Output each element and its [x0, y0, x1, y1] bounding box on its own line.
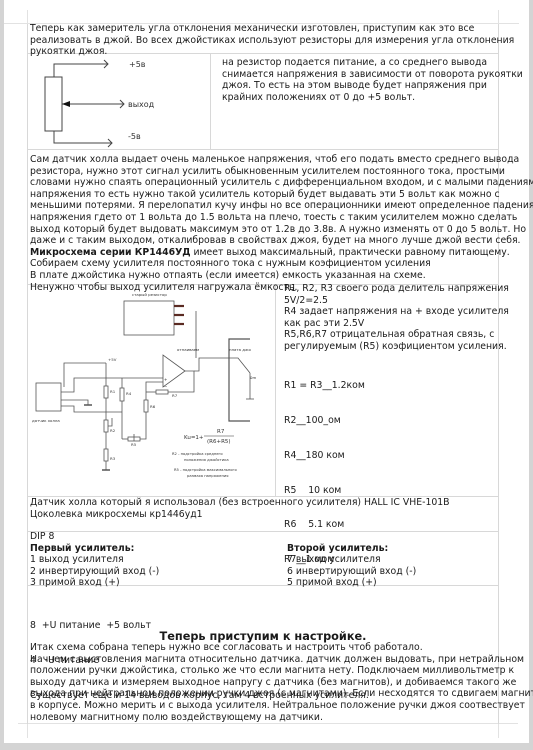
pin: 1 выход усилителя [30, 554, 159, 566]
setup-paragraph: Итак схема собрана теперь нужно все согл… [30, 642, 533, 723]
text-line: R1, R2, R3 своего рода делитель напряжен… [284, 283, 509, 295]
resistor-value: R2__100_ом [284, 415, 365, 427]
r7-label: R7 [172, 393, 178, 398]
wiper-arrow-icon [62, 101, 70, 107]
table-border-right [498, 24, 499, 724]
unsolder-label: отпаиваем [177, 347, 199, 352]
text-line: в корпусе. Можно мерить и с выхода усили… [30, 700, 533, 712]
margin-guide-left-bottom [27, 723, 28, 738]
second-amp-title: Второй усилитель: [287, 543, 416, 555]
text-line: выходу датчика и измеряем выходное напру… [30, 677, 533, 689]
sensor-model: Датчик холла который я использовал (без … [30, 497, 450, 509]
r4-label: R4 [126, 391, 132, 396]
text-line: регулируемым (R5) коэфициентом усиления. [284, 341, 509, 353]
amplifier-schematic: старый резистор отпаиваем плата джо 0m +… [24, 284, 276, 496]
resistor-value: R5 10 ком [284, 485, 365, 497]
text-line: выхода при нейтральном положении ручки д… [30, 688, 533, 700]
hall-sensor-paragraph: Сам датчик холла выдает очень маленькое … [30, 154, 533, 293]
text-line: словами нужно спаять операционный усилит… [30, 177, 533, 189]
old-resistor-box [124, 301, 174, 335]
text-line: Итак схема собрана теперь нужно все согл… [30, 642, 533, 654]
formula-numerator: R7 [217, 429, 225, 435]
r5-label: R5 [131, 442, 137, 447]
text-line: В плате джойстика нужно отпаять (если им… [30, 270, 533, 282]
pin: 2 инвертирующий вход (-) [30, 566, 159, 578]
r3-label: R3 [110, 456, 116, 461]
text-line: джоя. То есть на этом выводе будет напря… [222, 80, 523, 92]
cell-divider [210, 53, 211, 149]
text-line: меньшими потерями. Я перелопатил кучу ин… [30, 200, 533, 212]
text-line: напряжения то есть нужно такой усилитель… [30, 189, 533, 201]
resistor-value: R6 5.1 ком [284, 519, 365, 531]
resistor-notes: R1, R2, R3 своего рода делитель напряжен… [284, 283, 509, 353]
document-page: Теперь как замеритель угла отклонения ме… [4, 0, 529, 743]
note-r5: R5 - подстройка максимального [174, 468, 237, 472]
pin: 7 выход усилителя [287, 554, 416, 566]
package-type: DIP 8 [30, 531, 159, 543]
margin-guide-right-bottom [498, 723, 499, 738]
pin: 6 инвертирующий вход (-) [287, 566, 416, 578]
resistor-value: R1 = R3__1.2ком [284, 380, 365, 392]
text-line: 5V/2=2.5 [284, 295, 509, 307]
vcc-label: +5V [108, 357, 117, 362]
pinout-second: Второй усилитель: 7 выход усилителя 6 ин… [287, 543, 416, 589]
minus-5v-label: -5в [128, 132, 141, 141]
text-line: даже и с таким выходом, откалибровав в с… [30, 235, 533, 247]
text-line: крайних положениях от 0 до +5 вольт. [222, 92, 523, 104]
text-line: выход который будет выдовать максимум эт… [30, 224, 533, 236]
text-line: R5,R6,R7 отрицательная обратная связь, с [284, 329, 509, 341]
chip-line: Микросхема серии КР1446УД имеет выход ма… [30, 247, 533, 259]
pin: 5 примой вход (+) [287, 577, 416, 589]
text-line: резистора, нужно этот сигнал усилить обы… [30, 166, 533, 178]
resistor-value: R4__180 ком [284, 450, 365, 462]
text-line: Собираем схему усилителя постоянного ток… [30, 258, 533, 270]
old-resistor-label: старый резистор [132, 292, 167, 297]
formula-ku: Ku=1+ [184, 435, 204, 441]
text-line: снимается напряжения в зависимости от по… [222, 69, 523, 81]
text-line: R4 задает напряжения на + входе усилител… [284, 306, 509, 318]
potentiometer-description: на резистор подается питание, а со средн… [222, 57, 523, 103]
text-line: положении ручки джойстика, столько же чт… [30, 665, 533, 677]
note-r2-cont: положения джойстика [184, 458, 229, 462]
first-amp-title: Первый усилитель: [30, 543, 159, 555]
board-label: плата джо [229, 347, 251, 352]
margin-guide-right-top [498, 10, 499, 24]
text-line: как рас эти 2.5V [284, 318, 509, 330]
sensor-info: Датчик холла который я использовал (без … [30, 497, 450, 520]
svg-text:−: − [164, 384, 167, 389]
text-line: Начнем с выстовления магнита относительн… [30, 654, 533, 666]
margin-guide-left-top [27, 10, 28, 24]
pin: 3 примой вход (+) [30, 577, 159, 589]
text-line: Сам датчик холла выдает очень маленькое … [30, 154, 533, 166]
r2-label: R2 [110, 428, 116, 433]
svg-text:+: + [164, 377, 167, 382]
text-line: на резистор подается питание, а со средн… [222, 57, 523, 69]
pinout-title: Цоколевка микросхемы кр1446уд1 [30, 509, 450, 521]
intro-paragraph: Теперь как замеритель угла отклонения ме… [30, 23, 514, 58]
capacitor-label: 0m [250, 375, 256, 380]
formula-denominator: (R6+R5) [207, 439, 231, 445]
r1-label: R1 [110, 389, 116, 394]
output-label: выход [128, 100, 155, 109]
chip-description: имеет выход максимальный, практически ра… [191, 247, 510, 258]
pinout-first: DIP 8 Первый усилитель: 1 выход усилител… [30, 531, 159, 589]
r6-label: R6 [150, 404, 156, 409]
text-line: Теперь как замеритель угла отклонения ме… [30, 23, 514, 35]
chip-name: Микросхема серии КР1446УД [30, 247, 191, 258]
text-line: реализовать в джой. Во всех джойстиках и… [30, 35, 514, 47]
note-r5-cont: размаха напряжения [187, 474, 228, 478]
plus-5v-label: +5в [129, 60, 146, 69]
hall-sensor-label: датчик холла [32, 418, 60, 423]
text-line: нолевому магнитному полю воздействующему… [30, 712, 533, 724]
potentiometer-diagram: +5в выход -5в [20, 55, 210, 150]
text-line: напряжения гдето от 1 вольта до 1.5 воль… [30, 212, 533, 224]
note-r2: R2 - подстройка среднего [172, 452, 223, 456]
